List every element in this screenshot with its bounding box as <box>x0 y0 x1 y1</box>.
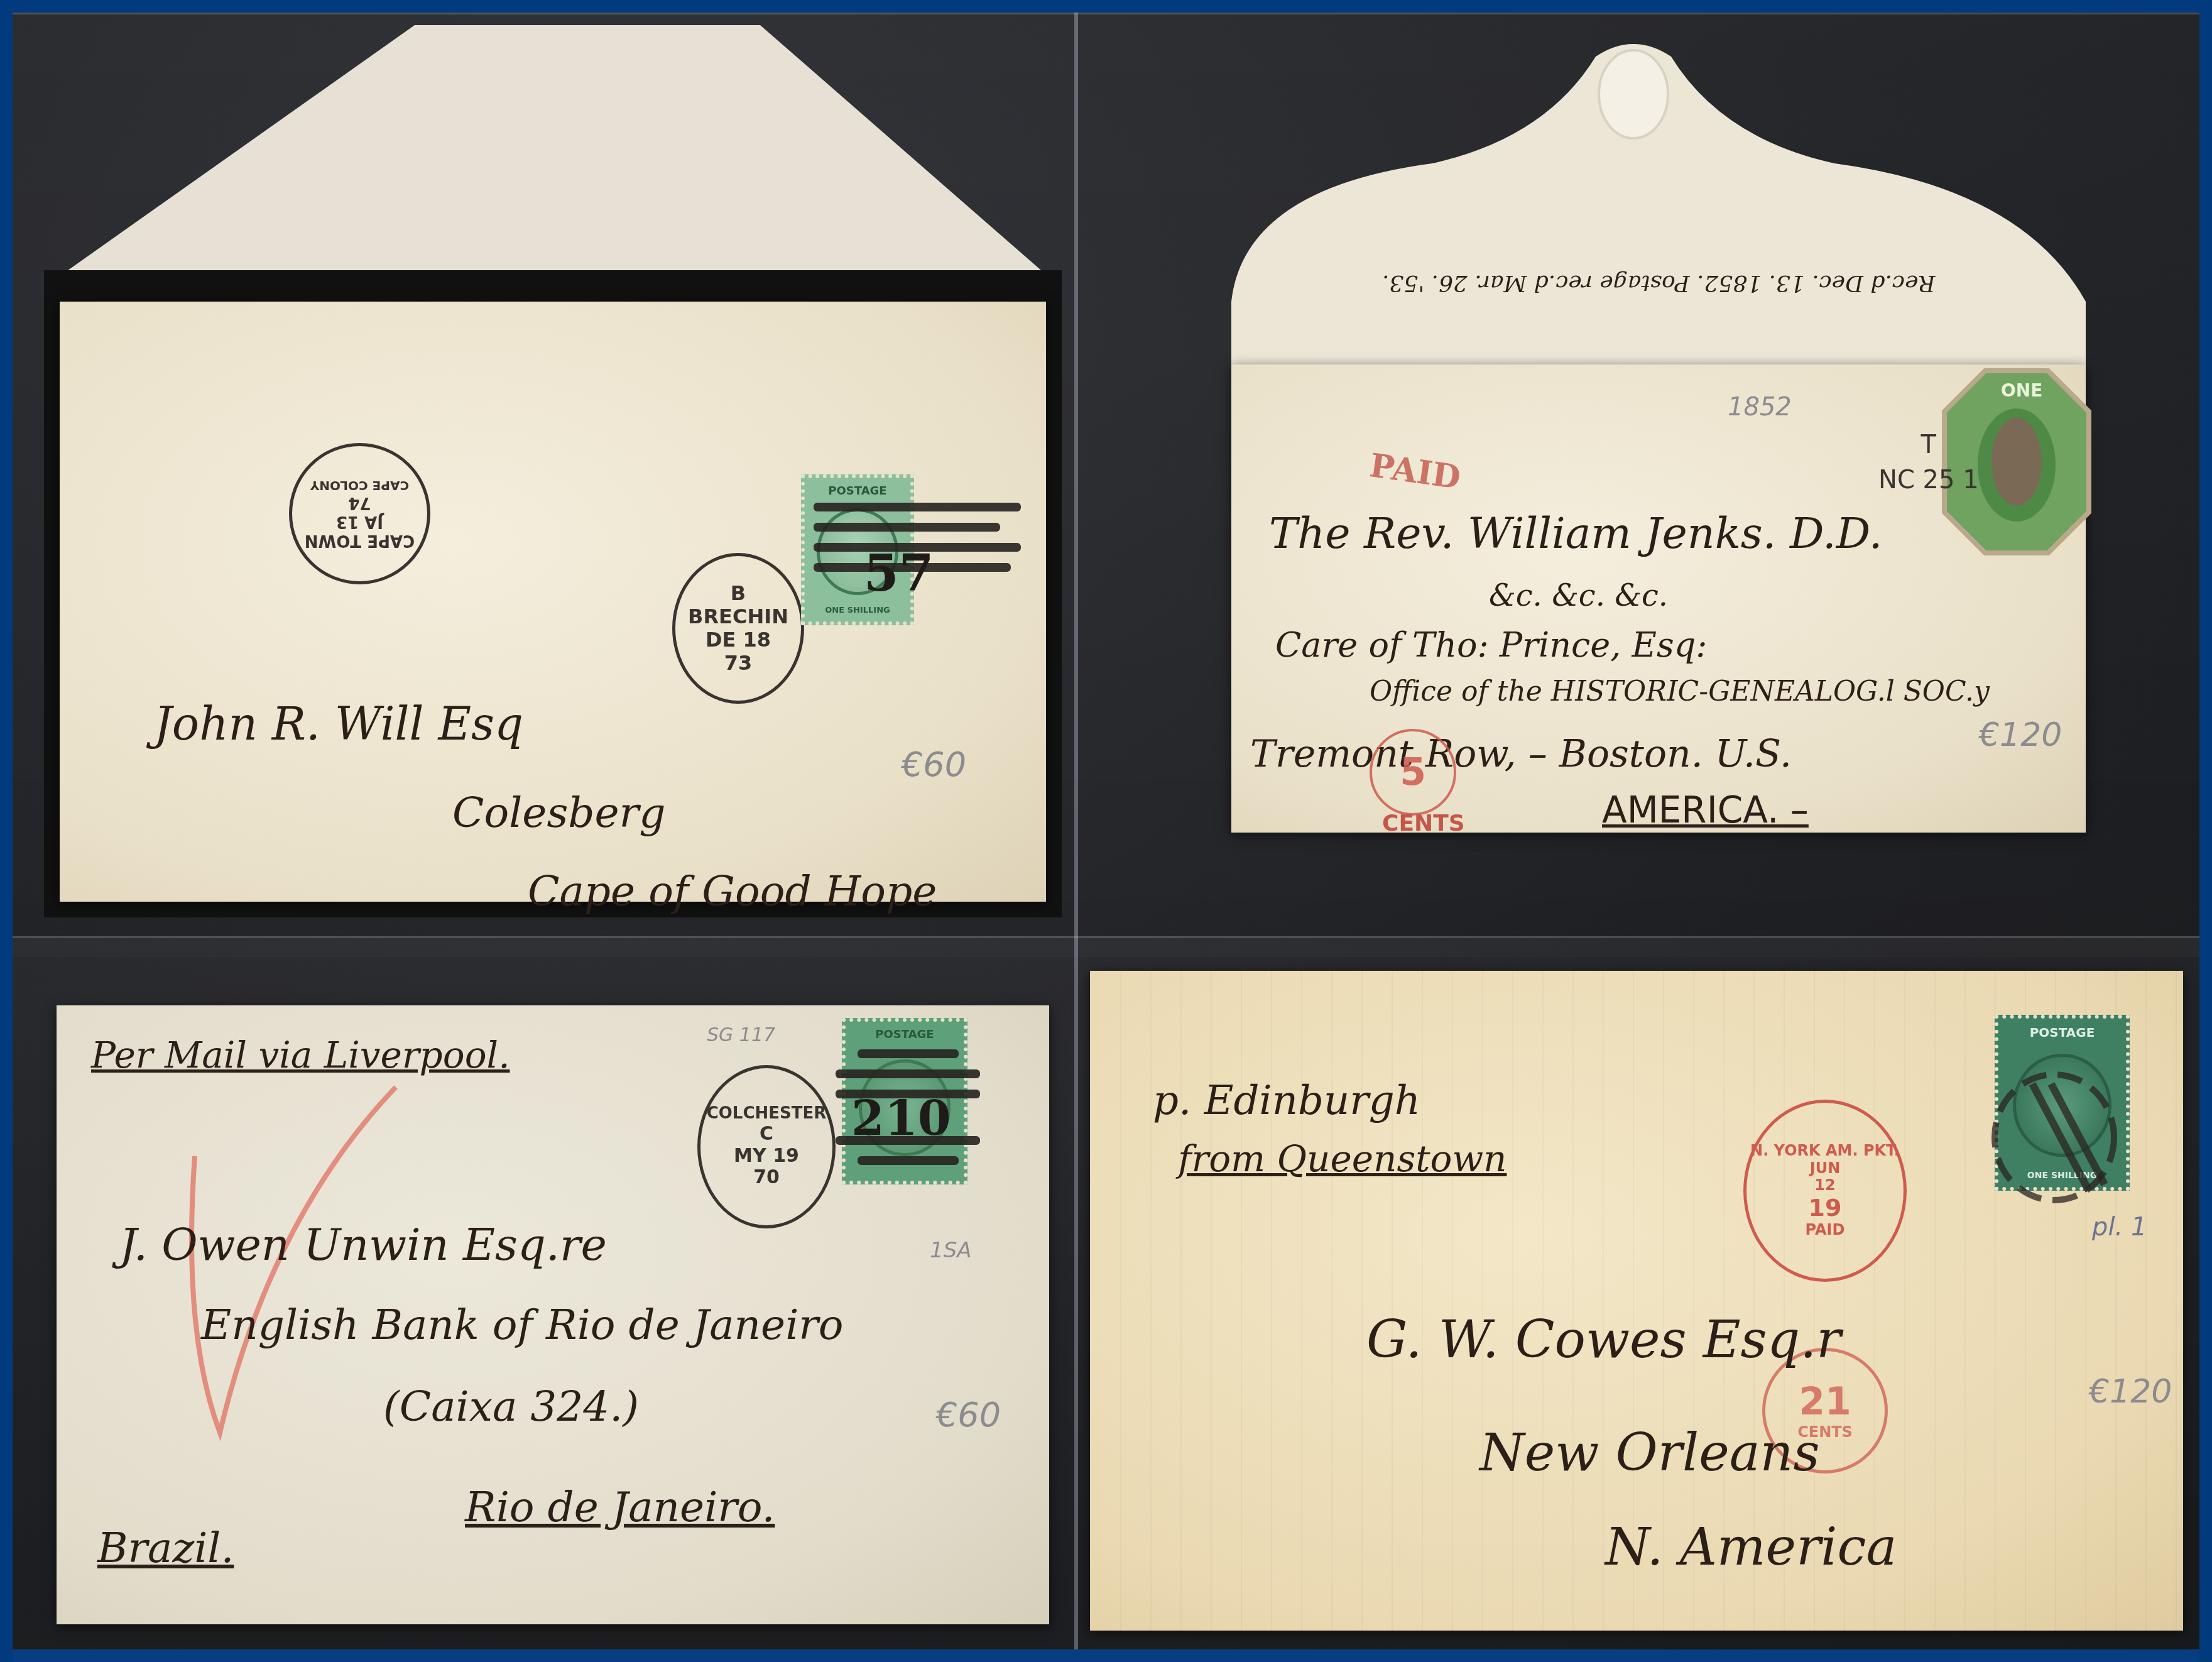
pencil-note-1sa: 1SA <box>930 1238 971 1263</box>
route-note-line-1: p. Edinburgh <box>1153 1078 1420 1124</box>
address-line-6: AMERICA. – <box>1602 789 1809 831</box>
cover-cape-of-good-hope: CAPE TOWN JA 13 74 CAPE COLONY B BRECHIN… <box>38 13 1068 911</box>
cents-handstamp: 5 <box>1370 729 1456 816</box>
entire-new-orleans: p. Edinburgh from Queenstown N. YORK AM.… <box>1090 971 2196 1646</box>
address-line-2: &c. &c. &c. <box>1489 578 1668 613</box>
price-note: €60 <box>902 745 966 784</box>
postmark-colchester: COLCHESTER C MY 19 70 <box>697 1065 836 1228</box>
killer-number: 210 <box>851 1090 951 1146</box>
envelope-flap <box>38 13 1068 289</box>
stamp-label-one: ONE <box>2001 380 2042 401</box>
year-note: 1852 <box>1728 393 1792 422</box>
plate-note: pl. 1 <box>2092 1213 2147 1242</box>
route-note: Per Mail via Liverpool. <box>91 1034 510 1076</box>
diamond-cancel <box>1982 1065 2127 1210</box>
catalog-note: SG 117 <box>707 1024 775 1046</box>
killer-number: 57 <box>864 544 934 603</box>
price-note: €60 <box>936 1395 1001 1435</box>
address-line-4: Office of the HISTORIC-GENEALOG.l SOC.y <box>1370 675 1990 708</box>
address-line-2: New Orleans <box>1479 1423 1820 1483</box>
price-note: €120 <box>2089 1373 2172 1411</box>
address-line-3: Cape of Good Hope <box>528 867 937 916</box>
route-note-line-2: from Queenstown <box>1178 1137 1506 1180</box>
address-line-3: N. America <box>1605 1517 1897 1577</box>
address-line-2: Colesberg <box>452 789 665 837</box>
address-line-4: Rio de Janeiro. <box>465 1483 775 1531</box>
postmark-cape-town: CAPE TOWN JA 13 74 CAPE COLONY <box>289 443 430 584</box>
postmark-brechin: B BRECHIN DE 18 73 <box>672 553 804 704</box>
address-line-1: G. W. Cowes Esq.r <box>1366 1310 1841 1370</box>
price-note: €120 <box>1979 716 2062 754</box>
address-line-1: The Rev. William Jenks. D.D. <box>1269 509 1882 559</box>
cents-label: CENTS <box>1382 811 1465 836</box>
country-line: Brazil. <box>97 1524 234 1572</box>
address-line-2: English Bank of Rio de Janeiro <box>201 1301 844 1349</box>
cover-boston: Rec.d Dec. 13. 1852. Postage rec.d Mar. … <box>1194 38 2123 848</box>
flap-docket-note: Rec.d Dec. 13. 1852. Postage rec.d Mar. … <box>1382 270 1935 296</box>
stock-divider <box>1074 13 1078 1649</box>
address-line-1: John R. Will Esq <box>154 697 523 750</box>
address-line-3: (Caixa 324.) <box>383 1382 639 1431</box>
address-line-3: Care of Tho: Prince, Esq: <box>1275 625 1707 665</box>
address-line-5: Tremont Row, – Boston. U.S. <box>1250 732 1792 776</box>
postmark-new-york-packet: N. YORK AM. PKT. JUN 12 19 PAID <box>1743 1100 1907 1282</box>
cover-rio-de-janeiro: Per Mail via Liverpool. SG 117 "4" COLCH… <box>57 1005 1062 1634</box>
postmark-nc25: T NC 25 1 <box>1878 427 1979 498</box>
address-line-1: J. Owen Unwin Esq.re <box>119 1219 607 1271</box>
embossed-flap <box>1194 38 2123 390</box>
